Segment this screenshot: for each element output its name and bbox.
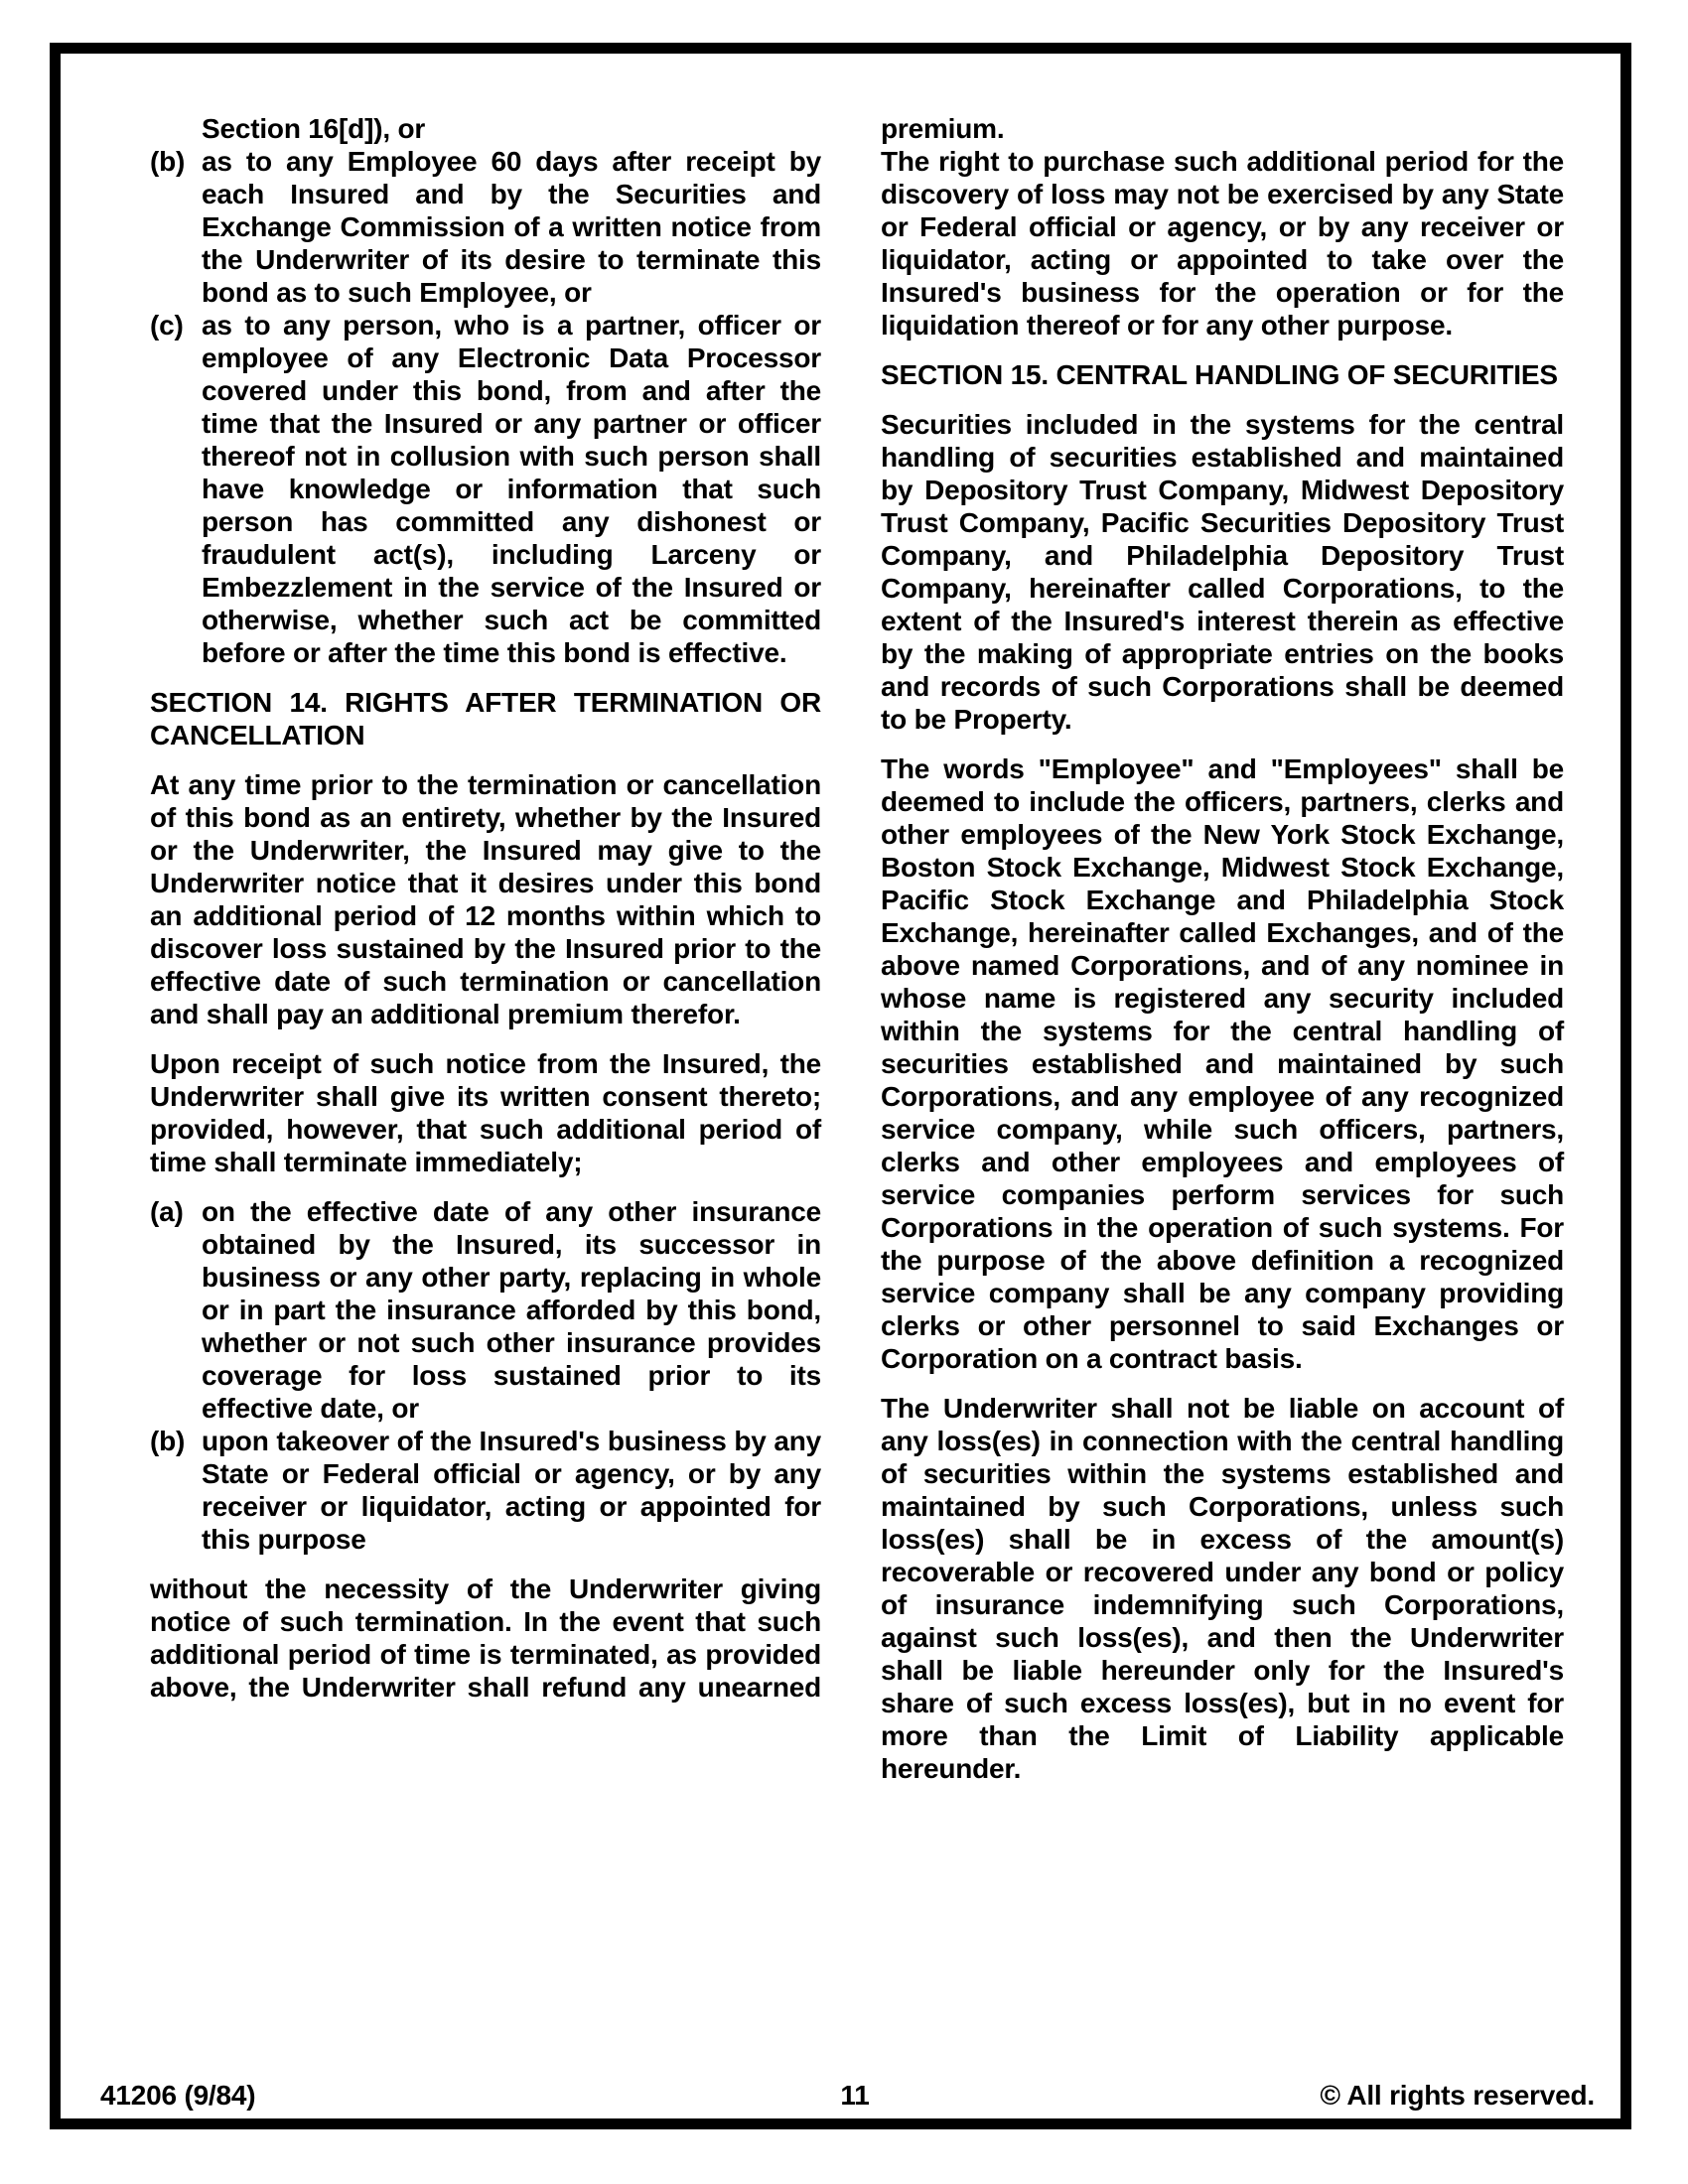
list-marker-a: (a): [150, 1195, 184, 1228]
list-marker-c: (c): [150, 309, 184, 341]
list-item-a: (a)on the effective date of any other in…: [150, 1195, 821, 1425]
page-number: 11: [775, 2081, 934, 2111]
left-column: Section 16[d]), or (b)as to any Employee…: [150, 112, 821, 1704]
list-item-b2: (b)upon takeover of the Insured's busine…: [150, 1425, 821, 1556]
right-column: premium. The right to purchase such addi…: [881, 112, 1564, 1785]
list-item-c-text: as to any person, who is a partner, offi…: [202, 310, 821, 668]
scanned-document-page: Section 16[d]), or (b)as to any Employee…: [0, 0, 1688, 2184]
list-item-c: (c)as to any person, who is a partner, o…: [150, 309, 821, 669]
paragraph-without-necessity: without the necessity of the Underwriter…: [150, 1572, 821, 1704]
list-item-b: (b)as to any Employee 60 days after rece…: [150, 145, 821, 309]
list-item-a-text: on the effective date of any other insur…: [202, 1196, 821, 1424]
paragraph-termination-rights: At any time prior to the termination or …: [150, 768, 821, 1030]
paragraph-securities-included: Securities included in the systems for t…: [881, 408, 1564, 736]
copyright-notice: © All rights reserved.: [1320, 2081, 1595, 2111]
paragraph-underwriter-liability: The Underwriter shall not be liable on a…: [881, 1392, 1564, 1785]
continuation-word-premium: premium.: [881, 112, 1564, 145]
list-marker-b: (b): [150, 145, 185, 178]
list-marker-b2: (b): [150, 1425, 185, 1457]
form-number: 41206 (9/84): [100, 2081, 255, 2111]
paragraph-upon-receipt: Upon receipt of such notice from the Ins…: [150, 1047, 821, 1178]
list-item-b2-text: upon takeover of the Insured's business …: [202, 1426, 821, 1555]
paragraph-right-to-purchase: The right to purchase such additional pe…: [881, 145, 1564, 341]
list-item-b-text: as to any Employee 60 days after receipt…: [202, 146, 821, 308]
section-15-heading: SECTION 15. CENTRAL HANDLING OF SECURITI…: [881, 358, 1564, 391]
paragraph-words-employee: The words "Employee" and "Employees" sha…: [881, 752, 1564, 1375]
section-14-heading: SECTION 14. RIGHTS AFTER TERMINATION OR …: [150, 686, 821, 751]
continuation-line: Section 16[d]), or: [150, 112, 821, 145]
